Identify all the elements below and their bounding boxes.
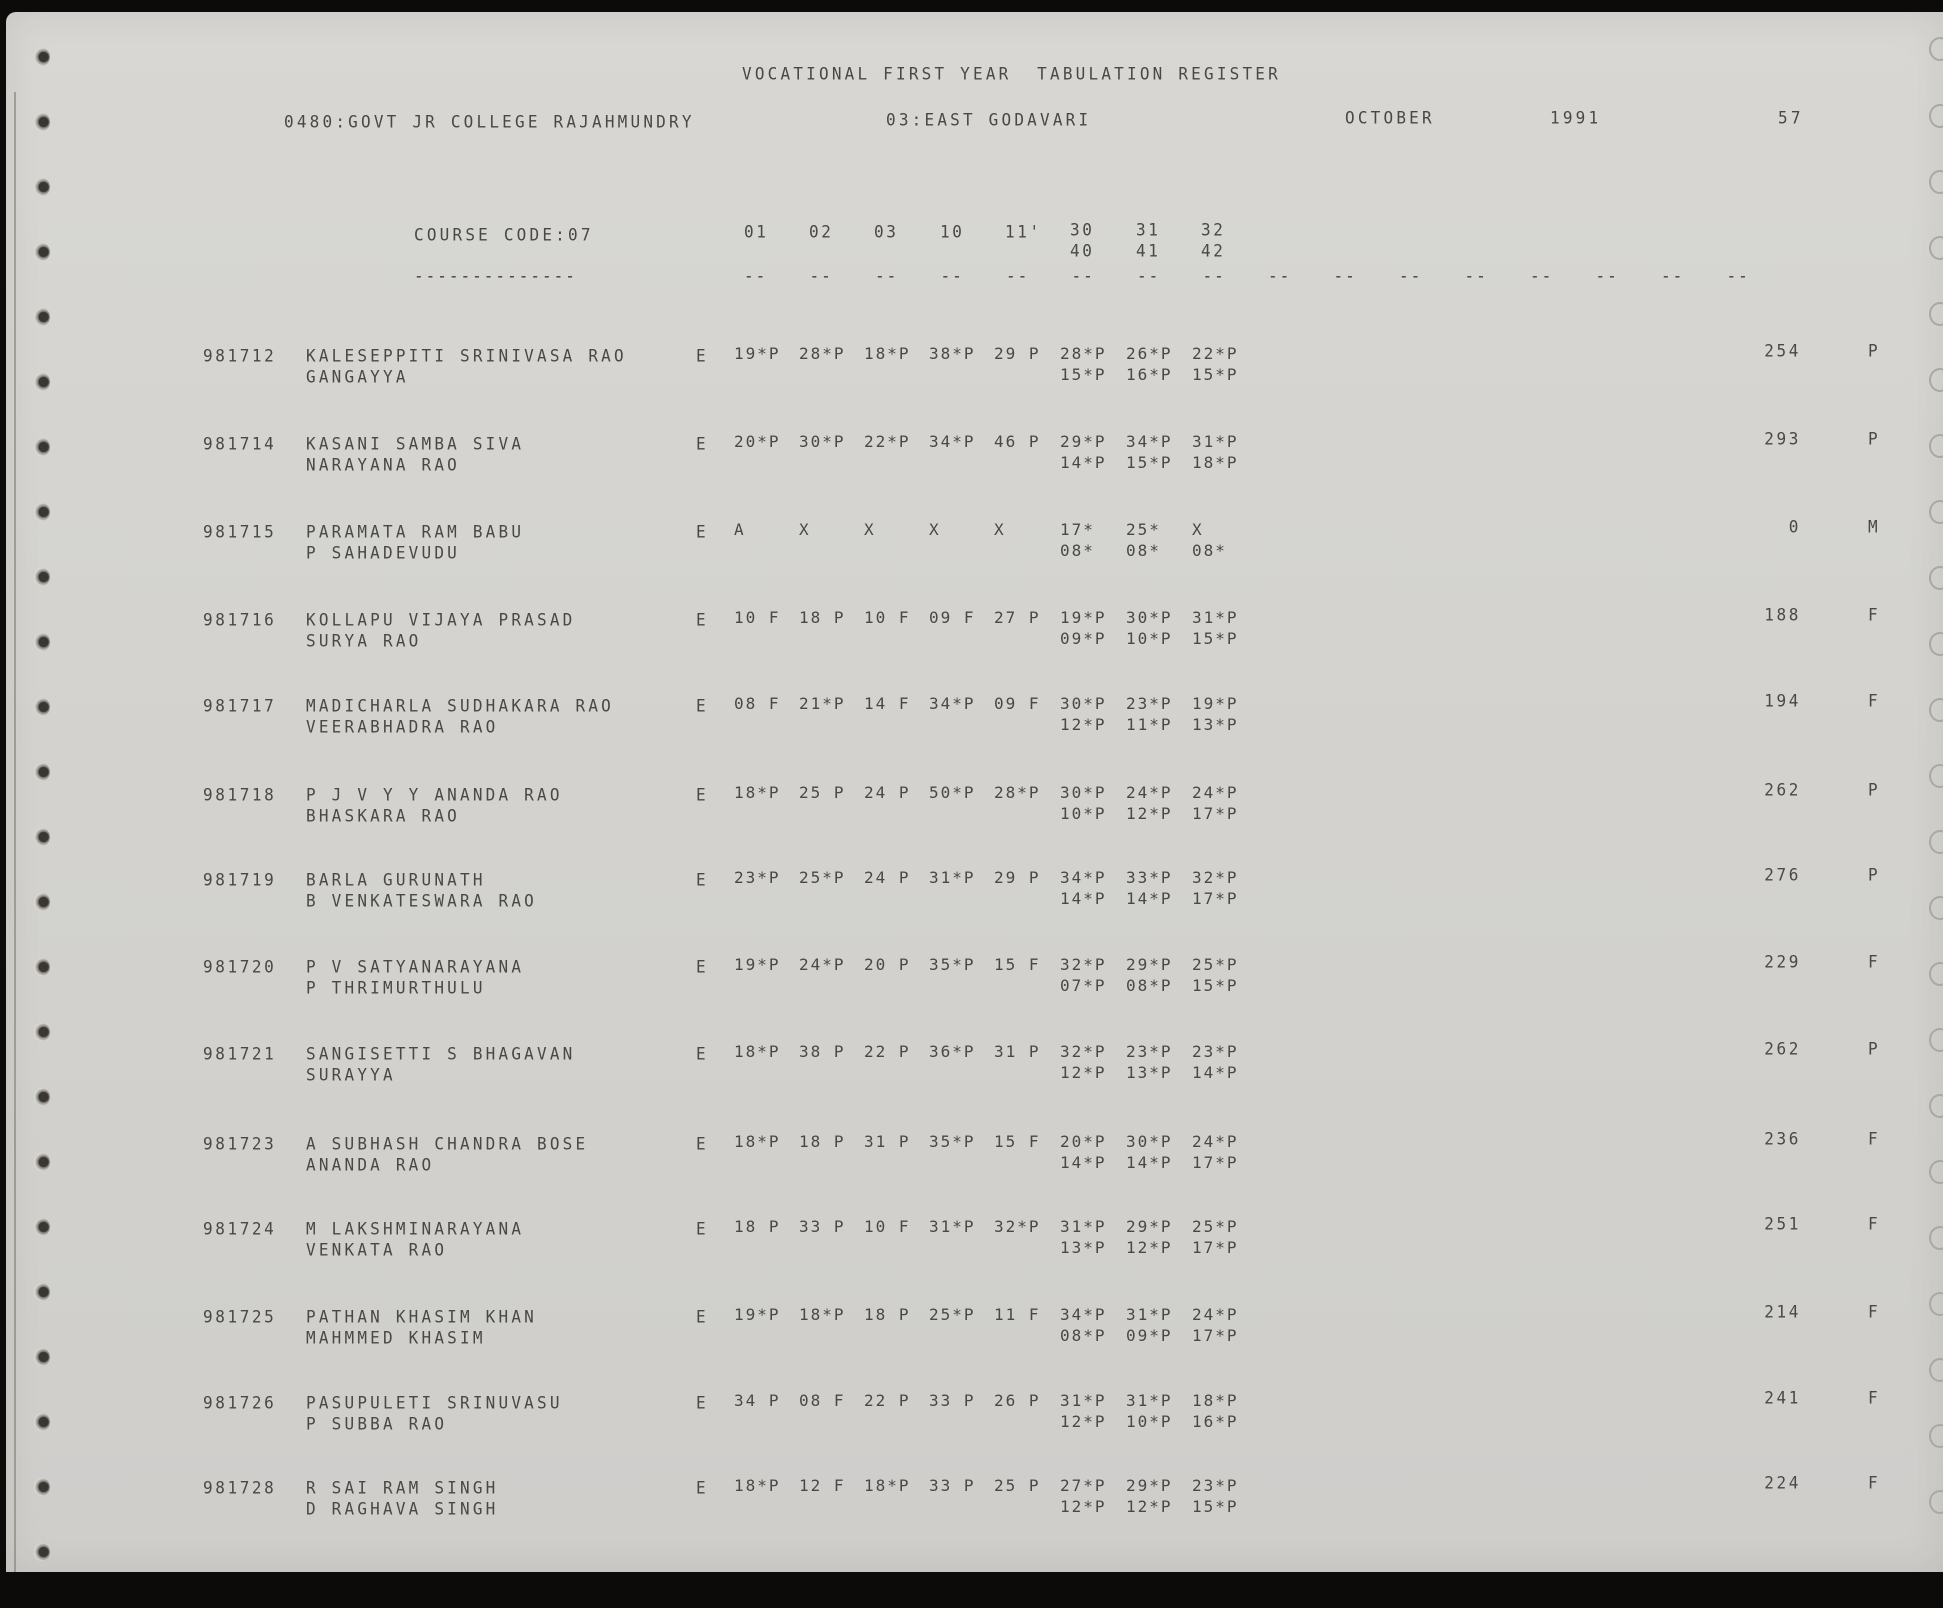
subject-mark: X	[799, 520, 811, 539]
column-dash-marker: --	[1399, 265, 1422, 286]
subject-mark: 20*P	[1060, 1132, 1107, 1151]
medium-code: E	[696, 521, 709, 542]
total-marks: 229	[1764, 951, 1801, 972]
subject-mark: 28*P	[1060, 344, 1107, 363]
column-dash-marker: --	[941, 265, 964, 286]
subject-mark: 21*P	[799, 694, 846, 713]
tractor-hole-icon	[34, 1413, 50, 1431]
subject-mark: 30*P	[1126, 1132, 1173, 1151]
total-marks: 241	[1764, 1387, 1801, 1408]
student-name: BARLA GURUNATH	[306, 869, 486, 890]
subject-mark: 24*P	[1192, 783, 1239, 802]
subject-mark: X	[929, 520, 941, 539]
subject-mark-secondary: 14*P	[1060, 453, 1107, 472]
tractor-hole-icon	[34, 373, 50, 391]
subject-mark: 10 F	[864, 1217, 911, 1236]
tractor-hole-icon	[1929, 632, 1943, 656]
subject-mark: X	[864, 520, 876, 539]
column-dash-marker: --	[1006, 265, 1029, 286]
subject-mark: 18*P	[734, 1132, 781, 1151]
tractor-hole-icon	[1929, 764, 1943, 788]
subject-mark: 33 P	[929, 1391, 976, 1410]
tractor-hole-icon	[1929, 37, 1943, 61]
tractor-hole-icon	[1929, 368, 1943, 392]
exam-year: 1991	[1550, 107, 1601, 128]
subject-code: 10	[940, 221, 964, 242]
tractor-hole-icon	[34, 1153, 50, 1171]
father-name: P THRIMURTHULU	[306, 977, 486, 998]
subject-mark: 32*P	[1060, 955, 1107, 974]
subject-mark-secondary: 12*P	[1126, 1238, 1173, 1257]
subject-code: 02	[809, 221, 833, 242]
subject-mark: 18*P	[864, 1476, 911, 1495]
subject-mark: 19*P	[1192, 694, 1239, 713]
subject-code: 01	[744, 221, 768, 242]
result-code: P	[1868, 340, 1881, 361]
subject-mark-secondary: 15*P	[1126, 453, 1173, 472]
total-marks: 276	[1764, 864, 1801, 885]
subject-mark: 17*	[1060, 520, 1095, 539]
subject-mark-secondary: 18*P	[1192, 453, 1239, 472]
subject-mark: 15 F	[994, 1132, 1041, 1151]
subject-mark-secondary: 17*P	[1192, 1326, 1239, 1345]
subject-mark-secondary: 13*P	[1060, 1238, 1107, 1257]
roll-number: 981712	[203, 345, 276, 366]
tractor-hole-icon	[34, 178, 50, 196]
subject-mark: 18 P	[864, 1305, 911, 1324]
subject-mark: 25*P	[1192, 955, 1239, 974]
total-marks: 251	[1764, 1213, 1801, 1234]
subject-mark: 24*P	[1192, 1305, 1239, 1324]
subject-mark: 31*P	[1192, 608, 1239, 627]
subject-code: 31	[1136, 219, 1160, 240]
tractor-hole-icon	[34, 828, 50, 846]
subject-mark: 28*P	[994, 783, 1041, 802]
medium-code: E	[696, 1306, 709, 1327]
subject-mark-secondary: 08*	[1060, 541, 1095, 560]
roll-number: 981720	[203, 956, 276, 977]
result-code: P	[1868, 864, 1881, 885]
tractor-hole-icon	[1929, 1094, 1943, 1118]
subject-mark: 09 F	[994, 694, 1041, 713]
subject-mark: 35*P	[929, 955, 976, 974]
column-dash-marker: --	[1530, 265, 1553, 286]
subject-mark-secondary: 15*P	[1192, 1497, 1239, 1516]
subject-mark: 34*P	[1126, 432, 1173, 451]
roll-number: 981716	[203, 609, 276, 630]
student-name: SANGISETTI S BHAGAVAN	[306, 1043, 576, 1064]
result-code: F	[1868, 604, 1881, 625]
total-marks: 0	[1789, 516, 1801, 537]
subject-mark: 26*P	[1126, 344, 1173, 363]
subject-mark: 29 P	[994, 344, 1041, 363]
tractor-hole-icon	[1929, 1424, 1943, 1448]
subject-code: 32	[1201, 219, 1225, 240]
roll-number: 981714	[203, 433, 276, 454]
tractor-hole-icon	[34, 113, 50, 131]
total-marks: 194	[1764, 690, 1801, 711]
register-title: VOCATIONAL FIRST YEAR TABULATION REGISTE…	[742, 63, 1281, 84]
column-dash-marker: --	[1465, 265, 1488, 286]
tractor-hole-icon	[34, 1478, 50, 1496]
subject-mark-secondary: 11*P	[1126, 715, 1173, 734]
subject-mark: 34*P	[1060, 868, 1107, 887]
subject-mark: 11 F	[994, 1305, 1041, 1324]
roll-number: 981717	[203, 695, 276, 716]
subject-mark: 31*P	[1060, 1217, 1107, 1236]
roll-number: 981725	[203, 1306, 276, 1327]
subject-mark: 36*P	[929, 1042, 976, 1061]
subject-mark: 18 P	[799, 1132, 846, 1151]
subject-mark: 18*P	[734, 1476, 781, 1495]
subject-mark-secondary: 17*P	[1192, 804, 1239, 823]
subject-mark: 31*P	[1126, 1305, 1173, 1324]
subject-mark-secondary: 14*P	[1060, 889, 1107, 908]
subject-mark: 23*P	[1192, 1042, 1239, 1061]
subject-mark: 22*P	[864, 432, 911, 451]
subject-mark: 31*P	[1192, 432, 1239, 451]
student-name: P V SATYANARAYANA	[306, 956, 524, 977]
subject-mark: 32*P	[1060, 1042, 1107, 1061]
column-dash-marker: --	[1727, 265, 1750, 286]
subject-mark: 22 P	[864, 1391, 911, 1410]
roll-number: 981715	[203, 521, 276, 542]
father-name: P SAHADEVUDU	[306, 542, 460, 563]
subject-mark-secondary: 08*	[1192, 541, 1227, 560]
tractor-hole-icon	[34, 633, 50, 651]
tractor-hole-icon	[1929, 104, 1943, 128]
tractor-hole-icon	[1929, 434, 1943, 458]
subject-mark: 23*P	[1192, 1476, 1239, 1495]
subject-mark: 34*P	[1060, 1305, 1107, 1324]
subject-mark-secondary: 07*P	[1060, 976, 1107, 995]
column-dash-marker: --	[1268, 265, 1291, 286]
subject-mark: 50*P	[929, 783, 976, 802]
subject-mark: 10 F	[734, 608, 781, 627]
subject-code: 30	[1070, 219, 1094, 240]
subject-mark: 19*P	[734, 344, 781, 363]
total-marks: 254	[1764, 340, 1801, 361]
subject-mark: 20 P	[864, 955, 911, 974]
subject-mark-secondary: 12*P	[1060, 1063, 1107, 1082]
tractor-hole-icon	[34, 243, 50, 261]
tractor-hole-icon	[34, 1348, 50, 1366]
subject-mark-secondary: 10*P	[1060, 804, 1107, 823]
subject-mark: 09 F	[929, 608, 976, 627]
subject-mark: 22 P	[864, 1042, 911, 1061]
subject-mark: 38*P	[929, 344, 976, 363]
father-name: BHASKARA RAO	[306, 805, 460, 826]
subject-mark: 34*P	[929, 694, 976, 713]
tractor-hole-icon	[1929, 1226, 1943, 1250]
tractor-hole-icon	[1929, 170, 1943, 194]
subject-mark: X	[1192, 520, 1204, 539]
subject-mark: 31 P	[864, 1132, 911, 1151]
column-dash-marker: --	[875, 265, 898, 286]
student-name: A SUBHASH CHANDRA BOSE	[306, 1133, 588, 1154]
subject-mark: 08 F	[799, 1391, 846, 1410]
father-name: SURAYYA	[306, 1064, 396, 1085]
subject-mark: 24*P	[799, 955, 846, 974]
tractor-hole-icon	[1929, 896, 1943, 920]
father-name: ANANDA RAO	[306, 1154, 434, 1175]
subject-mark-secondary: 10*P	[1126, 629, 1173, 648]
column-dash-marker: --	[1137, 265, 1160, 286]
subject-code: 11'	[1005, 221, 1042, 242]
medium-code: E	[696, 433, 709, 454]
tractor-hole-icon	[34, 763, 50, 781]
roll-number: 981721	[203, 1043, 276, 1064]
roll-number: 981718	[203, 784, 276, 805]
subject-mark: 18*P	[734, 1042, 781, 1061]
subject-mark: 25*P	[799, 868, 846, 887]
total-marks: 214	[1764, 1301, 1801, 1322]
tractor-hole-icon	[34, 893, 50, 911]
tractor-hole-icon	[1929, 962, 1943, 986]
tractor-hole-icon	[1929, 1358, 1943, 1382]
subject-mark: 27 P	[994, 608, 1041, 627]
subject-mark: 18*P	[1192, 1391, 1239, 1410]
subject-mark: 33*P	[1126, 868, 1173, 887]
student-name: KASANI SAMBA SIVA	[306, 433, 524, 454]
student-name: PATHAN KHASIM KHAN	[306, 1306, 537, 1327]
column-dash-marker: --	[810, 265, 833, 286]
course-code-label: COURSE CODE:07	[414, 224, 594, 245]
result-code: F	[1868, 1213, 1881, 1234]
subject-mark: 24*P	[1192, 1132, 1239, 1151]
subject-mark: 24 P	[864, 868, 911, 887]
tractor-hole-icon	[34, 1283, 50, 1301]
subject-mark-secondary: 10*P	[1126, 1412, 1173, 1431]
tractor-hole-icon	[34, 48, 50, 66]
subject-mark: 30*P	[1060, 783, 1107, 802]
roll-number: 981726	[203, 1392, 276, 1413]
tractor-hole-icon	[34, 698, 50, 716]
subject-code: 42	[1201, 240, 1225, 261]
course-code-underline: --------------	[414, 265, 577, 286]
result-code: P	[1868, 779, 1881, 800]
column-dash-marker: --	[1661, 265, 1684, 286]
tractor-hole-icon	[34, 1218, 50, 1236]
tractor-hole-icon	[1929, 698, 1943, 722]
subject-mark: 10 F	[864, 608, 911, 627]
subject-mark: 29*P	[1126, 1476, 1173, 1495]
subject-mark-secondary: 14*P	[1192, 1063, 1239, 1082]
total-marks: 262	[1764, 779, 1801, 800]
result-code: P	[1868, 428, 1881, 449]
medium-code: E	[696, 609, 709, 630]
total-marks: 224	[1764, 1472, 1801, 1493]
subject-mark: 08 F	[734, 694, 781, 713]
tractor-hole-icon	[1929, 1490, 1943, 1514]
subject-mark: 15 F	[994, 955, 1041, 974]
subject-mark: 25*P	[929, 1305, 976, 1324]
subject-mark-secondary: 13*P	[1126, 1063, 1173, 1082]
college-name: 0480:GOVT JR COLLEGE RAJAHMUNDRY	[284, 111, 695, 132]
result-code: P	[1868, 1038, 1881, 1059]
student-name: M LAKSHMINARAYANA	[306, 1218, 524, 1239]
subject-mark-secondary: 17*P	[1192, 1238, 1239, 1257]
subject-mark: 27*P	[1060, 1476, 1107, 1495]
tractor-hole-icon	[1929, 566, 1943, 590]
subject-mark: 38 P	[799, 1042, 846, 1061]
student-name: P J V Y Y ANANDA RAO	[306, 784, 563, 805]
subject-mark-secondary: 08*P	[1060, 1326, 1107, 1345]
subject-mark: 22*P	[1192, 344, 1239, 363]
tractor-hole-icon	[34, 1543, 50, 1561]
student-name: R SAI RAM SINGH	[306, 1477, 499, 1498]
student-name: PARAMATA RAM BABU	[306, 521, 524, 542]
subject-mark: 31 P	[994, 1042, 1041, 1061]
subject-mark: 29 P	[994, 868, 1041, 887]
subject-mark: 35*P	[929, 1132, 976, 1151]
father-name: MAHMMED KHASIM	[306, 1327, 486, 1348]
subject-mark: 25 P	[994, 1476, 1041, 1495]
result-code: F	[1868, 1387, 1881, 1408]
subject-mark: 32*P	[1192, 868, 1239, 887]
father-name: VEERABHADRA RAO	[306, 716, 499, 737]
subject-mark-secondary: 15*P	[1192, 976, 1239, 995]
subject-mark: 18 P	[799, 608, 846, 627]
subject-mark-secondary: 09*P	[1060, 629, 1107, 648]
subject-mark: 33 P	[929, 1476, 976, 1495]
father-name: D RAGHAVA SINGH	[306, 1498, 499, 1519]
subject-mark-secondary: 13*P	[1192, 715, 1239, 734]
subject-code: 03	[874, 221, 898, 242]
subject-mark: 29*P	[1060, 432, 1107, 451]
subject-mark: 12 F	[799, 1476, 846, 1495]
tractor-hole-icon	[1929, 1292, 1943, 1316]
subject-mark: 14 F	[864, 694, 911, 713]
subject-mark: 34*P	[929, 432, 976, 451]
subject-mark: 18 P	[734, 1217, 781, 1236]
column-dash-marker: --	[744, 265, 767, 286]
subject-mark: 30*P	[799, 432, 846, 451]
result-code: F	[1868, 690, 1881, 711]
father-name: NARAYANA RAO	[306, 454, 460, 475]
page-number: 57	[1778, 107, 1804, 128]
district-name: 03:EAST GODAVARI	[886, 109, 1091, 130]
father-name: SURYA RAO	[306, 630, 422, 651]
subject-mark-secondary: 15*P	[1192, 365, 1239, 384]
subject-code: 40	[1070, 240, 1094, 261]
subject-mark: 31*P	[929, 1217, 976, 1236]
medium-code: E	[696, 1133, 709, 1154]
subject-mark: 29*P	[1126, 955, 1173, 974]
subject-mark-secondary: 15*P	[1060, 365, 1107, 384]
subject-mark-secondary: 12*P	[1126, 804, 1173, 823]
subject-mark: 23*P	[1126, 1042, 1173, 1061]
medium-code: E	[696, 1043, 709, 1064]
student-name: PASUPULETI SRINUVASU	[306, 1392, 563, 1413]
father-name: GANGAYYA	[306, 366, 409, 387]
subject-mark: 34 P	[734, 1391, 781, 1410]
subject-mark: 28*P	[799, 344, 846, 363]
student-name: KALESEPPITI SRINIVASA RAO	[306, 345, 627, 366]
subject-mark-secondary: 17*P	[1192, 889, 1239, 908]
subject-mark-secondary: 16*P	[1192, 1412, 1239, 1431]
subject-mark-secondary: 14*P	[1126, 1153, 1173, 1172]
medium-code: E	[696, 956, 709, 977]
subject-mark: A	[734, 520, 746, 539]
subject-mark: 30*P	[1126, 608, 1173, 627]
subject-mark: 29*P	[1126, 1217, 1173, 1236]
subject-mark-secondary: 09*P	[1126, 1326, 1173, 1345]
tractor-hole-icon	[34, 308, 50, 326]
subject-mark-secondary: 14*P	[1126, 889, 1173, 908]
medium-code: E	[696, 1477, 709, 1498]
subject-mark: 19*P	[734, 955, 781, 974]
total-marks: 236	[1764, 1128, 1801, 1149]
tractor-hole-icon	[34, 1023, 50, 1041]
subject-mark-secondary: 12*P	[1060, 715, 1107, 734]
perforation-line	[14, 92, 16, 1572]
subject-mark: 20*P	[734, 432, 781, 451]
medium-code: E	[696, 784, 709, 805]
subject-mark-secondary: 12*P	[1060, 1412, 1107, 1431]
result-code: F	[1868, 951, 1881, 972]
subject-mark-secondary: 08*	[1126, 541, 1161, 560]
tractor-hole-icon	[34, 958, 50, 976]
subject-mark: 19*P	[734, 1305, 781, 1324]
subject-mark: 30*P	[1060, 694, 1107, 713]
subject-mark: 26 P	[994, 1391, 1041, 1410]
column-dash-marker: --	[1203, 265, 1226, 286]
tractor-hole-icon	[1929, 1028, 1943, 1052]
subject-mark: 31*P	[1060, 1391, 1107, 1410]
subject-mark-secondary: 12*P	[1060, 1497, 1107, 1516]
tractor-hole-icon	[34, 568, 50, 586]
subject-mark: 31*P	[1126, 1391, 1173, 1410]
subject-mark-secondary: 14*P	[1060, 1153, 1107, 1172]
medium-code: E	[696, 1392, 709, 1413]
subject-mark: 46 P	[994, 432, 1041, 451]
result-code: F	[1868, 1301, 1881, 1322]
result-code: F	[1868, 1472, 1881, 1493]
total-marks: 262	[1764, 1038, 1801, 1059]
subject-mark-secondary: 12*P	[1126, 1497, 1173, 1516]
student-name: KOLLAPU VIJAYA PRASAD	[306, 609, 576, 630]
roll-number: 981724	[203, 1218, 276, 1239]
total-marks: 188	[1764, 604, 1801, 625]
subject-mark: X	[994, 520, 1006, 539]
tractor-hole-icon	[34, 1088, 50, 1106]
father-name: VENKATA RAO	[306, 1239, 447, 1260]
father-name: P SUBBA RAO	[306, 1413, 447, 1434]
tractor-hole-icon	[34, 503, 50, 521]
tractor-hole-icon	[1929, 302, 1943, 326]
subject-mark-secondary: 15*P	[1192, 629, 1239, 648]
tractor-hole-icon	[1929, 830, 1943, 854]
subject-mark: 18*P	[799, 1305, 846, 1324]
medium-code: E	[696, 869, 709, 890]
subject-mark: 23*P	[734, 868, 781, 887]
subject-mark: 18*P	[864, 344, 911, 363]
total-marks: 293	[1764, 428, 1801, 449]
tractor-hole-icon	[1929, 236, 1943, 260]
subject-mark: 25*P	[1192, 1217, 1239, 1236]
column-dash-marker: --	[1072, 265, 1095, 286]
subject-mark: 25*	[1126, 520, 1161, 539]
subject-mark-secondary: 16*P	[1126, 365, 1173, 384]
subject-mark: 24*P	[1126, 783, 1173, 802]
student-name: MADICHARLA SUDHAKARA RAO	[306, 695, 614, 716]
column-dash-marker: --	[1596, 265, 1619, 286]
subject-mark: 19*P	[1060, 608, 1107, 627]
result-code: F	[1868, 1128, 1881, 1149]
subject-mark-secondary: 08*P	[1126, 976, 1173, 995]
subject-mark: 18*P	[734, 783, 781, 802]
